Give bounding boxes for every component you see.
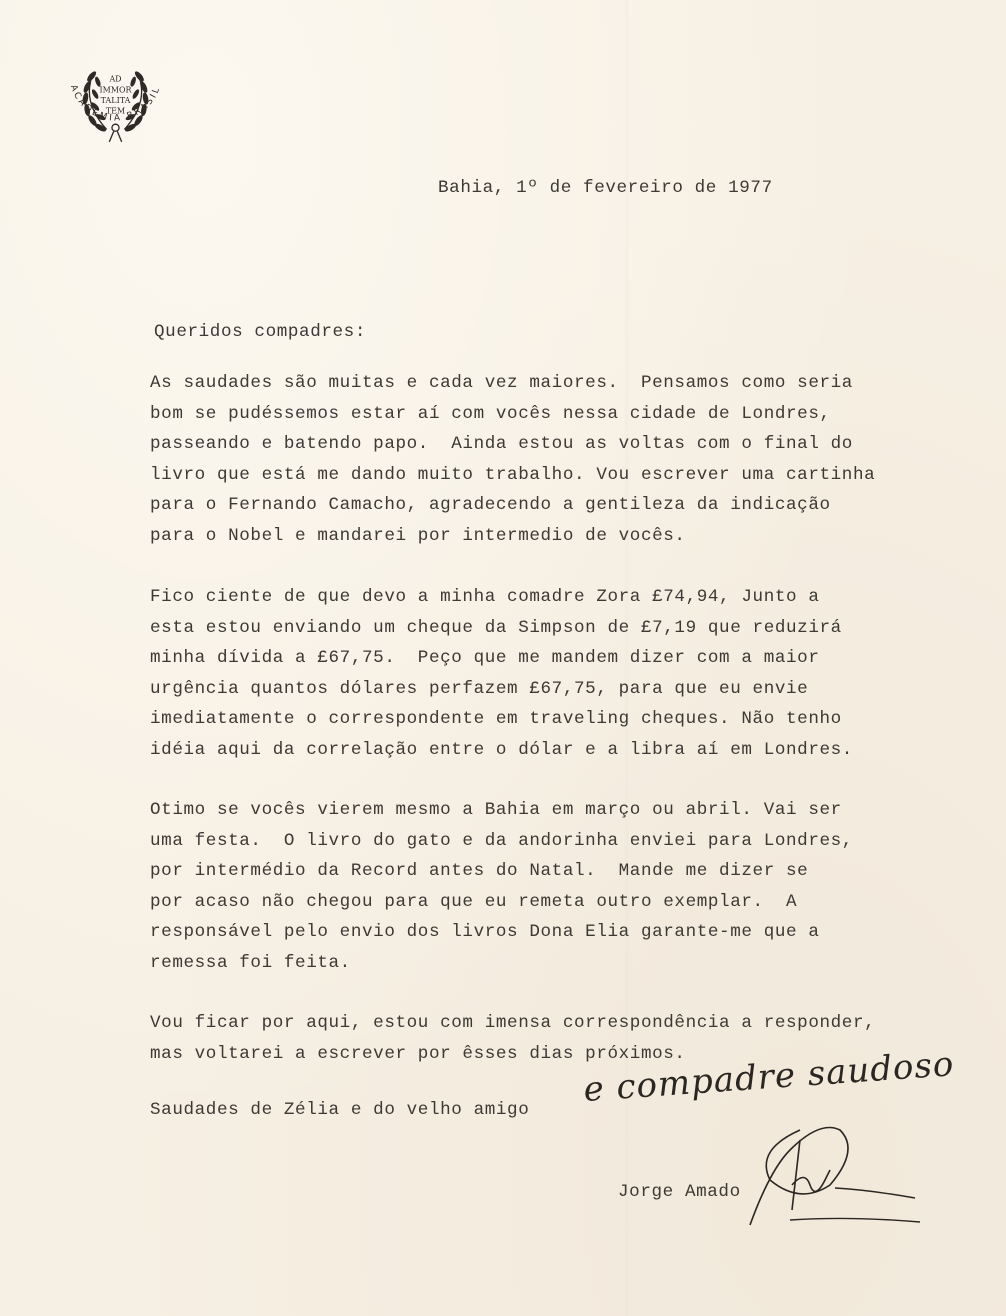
text-line: uma festa. O livro do gato e da andorinh… [150, 826, 853, 857]
text-line: Vou ficar por aqui, estou com imensa cor… [150, 1008, 875, 1039]
signature-scribble-icon [730, 1110, 930, 1230]
letter-greeting: Queridos compadres: [154, 322, 366, 342]
text-line: remessa foi feita. [150, 948, 853, 979]
text-line: para o Nobel e mandarei por intermedio d… [150, 521, 875, 552]
svg-text:IMMOR: IMMOR [100, 85, 133, 94]
text-line: responsável pelo envio dos livros Dona E… [150, 917, 853, 948]
text-line: esta estou enviando um cheque da Simpson… [150, 613, 853, 644]
paragraph-2: Fico ciente de que devo a minha comadre … [150, 582, 853, 765]
signature-typed-name: Jorge Amado [618, 1182, 741, 1202]
text-line: por acaso não chegou para que eu remeta … [150, 887, 853, 918]
letter-date: Bahia, 1º de fevereiro de 1977 [438, 178, 773, 198]
text-line: urgência quantos dólares perfazem £67,75… [150, 674, 853, 705]
paragraph-1: As saudades são muitas e cada vez maiore… [150, 368, 875, 551]
text-line: Otimo se vocês vierem mesmo a Bahia em m… [150, 795, 853, 826]
text-line: por intermédio da Record antes do Natal.… [150, 856, 853, 887]
text-line: minha dívida a £67,75. Peço que me mande… [150, 643, 853, 674]
text-line: bom se pudéssemos estar aí com vocês nes… [150, 399, 875, 430]
text-line: As saudades são muitas e cada vez maiore… [150, 368, 875, 399]
letter-closing: Saudades de Zélia e do velho amigo [150, 1100, 529, 1120]
text-line: passeando e batendo papo. Ainda estou as… [150, 429, 875, 460]
text-line: idéia aqui da correlação entre o dólar e… [150, 735, 853, 766]
text-line: para o Fernando Camacho, agradecendo a g… [150, 490, 875, 521]
text-line: Fico ciente de que devo a minha comadre … [150, 582, 853, 613]
academia-brasileira-seal-icon: AD IMMOR TALITA TEM ACADEMIA BRASILEIRA [58, 55, 173, 165]
paragraph-3: Otimo se vocês vierem mesmo a Bahia em m… [150, 795, 853, 978]
letter-page: AD IMMOR TALITA TEM ACADEMIA BRASILEIRA … [0, 0, 1006, 1316]
svg-text:AD: AD [108, 75, 121, 84]
text-line: imediatamente o correspondente em travel… [150, 704, 853, 735]
svg-text:TALITA: TALITA [101, 96, 131, 105]
text-line: livro que está me dando muito trabalho. … [150, 460, 875, 491]
